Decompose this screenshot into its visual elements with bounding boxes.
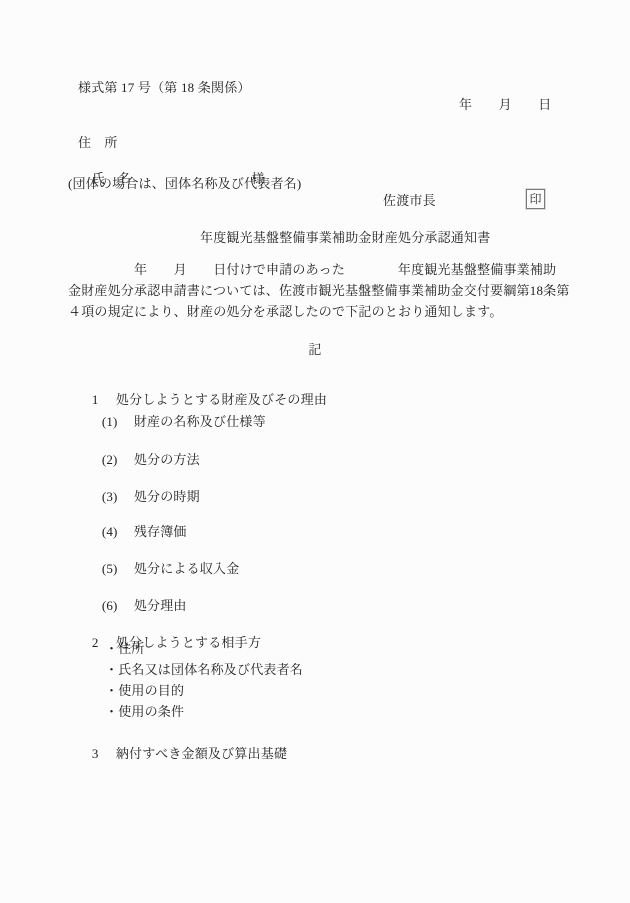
subitem-6-label: 処分理由	[134, 598, 187, 613]
seal-stamp-box: 印	[526, 189, 545, 209]
section-3-heading: 3納付すべき金額及び算出基礎	[78, 731, 287, 776]
notification-document-page: 様式第 17 号（第 18 条関係） 年 月 日 住 所 氏 名様 (団体の場合…	[0, 0, 630, 903]
date-line: 年 月 日	[459, 97, 551, 112]
subitem-6-number: (6)	[102, 598, 134, 613]
subitem-5-label: 処分による収入金	[134, 561, 240, 576]
section-3-title: 納付すべき金額及び算出基礎	[116, 746, 287, 761]
address-label: 住 所	[78, 135, 118, 150]
body-paragraph-line-1: 年 月 日付けで申請のあった 年度観光基盤整備事業補助	[68, 262, 556, 277]
subitem-2-number: (2)	[102, 452, 134, 467]
subitem-2-label: 処分の方法	[134, 452, 200, 467]
subitem-1-label: 財産の名称及び仕様等	[134, 414, 266, 429]
mayor-title: 佐渡市長	[383, 193, 436, 208]
recipient-bullet-conditions-of-use: ・使用の条件	[105, 704, 184, 719]
body-paragraph-line-2: 金財産処分承認申請書については、佐渡市観光基盤整備事業補助金交付要綱第18条第	[68, 283, 570, 298]
document-title: 年度観光基盤整備事業補助金財産処分承認通知書	[200, 230, 490, 245]
record-heading: 記	[0, 342, 630, 357]
form-number: 様式第 17 号（第 18 条関係）	[78, 80, 251, 95]
recipient-bullet-name-or-org: ・氏名又は団体名称及び代表者名	[105, 662, 303, 677]
subitem-4-label: 残存簿価	[134, 524, 187, 539]
subitem-3-number: (3)	[102, 489, 134, 504]
subitem-4-number: (4)	[102, 524, 134, 539]
section-3-number: 3	[92, 746, 116, 761]
subitem-1-number: (1)	[102, 414, 134, 429]
recipient-bullet-purpose-of-use: ・使用の目的	[105, 683, 184, 698]
subitem-3-label: 処分の時期	[134, 489, 200, 504]
subitem-5-number: (5)	[102, 561, 134, 576]
recipient-bullet-address: ・住所	[105, 641, 145, 656]
organization-note: (団体の場合は、団体名称及び代表者名)	[68, 176, 301, 191]
body-paragraph-line-3: ４項の規定により、財産の処分を承認したので下記のとおり通知します。	[68, 304, 503, 319]
